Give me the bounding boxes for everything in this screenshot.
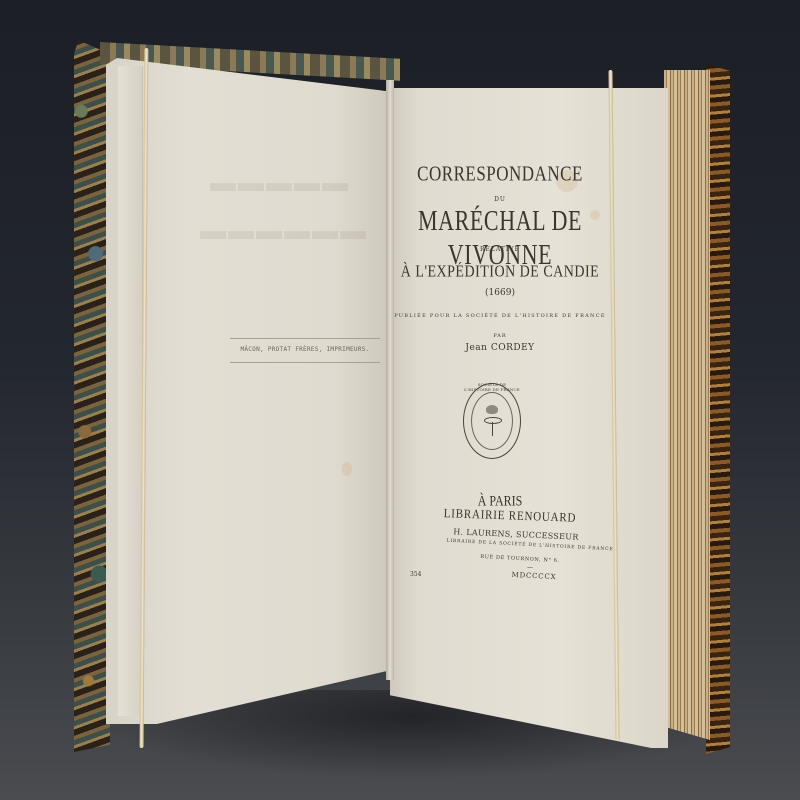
- page-edges-block: [664, 70, 710, 740]
- society-seal-emblem: SOCIÉTÉ DE L'HISTOIRE DE FRANCE: [463, 383, 521, 459]
- title-connector-relative: RELATIVE: [400, 246, 600, 253]
- book-gutter: [386, 80, 394, 680]
- title-line-2: MARÉCHAL DE VIVONNE: [396, 204, 604, 272]
- show-through-text: ▬▬▬▬▬▬: [200, 216, 368, 246]
- left-page: [106, 58, 388, 724]
- photo-scene: ▬▬▬▬▬ ▬▬▬▬▬▬ MÂCON, PROTAT FRÈRES, IMPRI…: [0, 0, 800, 800]
- title-connector-du: DU: [400, 196, 600, 203]
- lamp-flame-icon: [486, 405, 498, 414]
- foxing-spot: [342, 462, 352, 476]
- published-for-line: PUBLIÉE POUR LA SOCIÉTÉ DE L'HISTOIRE DE…: [392, 313, 608, 319]
- printer-imprint: MÂCON, PROTAT FRÈRES, IMPRIMEURS.: [230, 346, 380, 353]
- seal-text: SOCIÉTÉ DE L'HISTOIRE DE FRANCE: [464, 382, 520, 392]
- title-page: [390, 88, 668, 748]
- imprint-rule-top: [230, 338, 380, 339]
- series-number: 354: [410, 571, 421, 578]
- title-year: (1669): [400, 288, 600, 298]
- marbled-cover-left: [74, 40, 110, 752]
- imprint-rule-bottom: [230, 362, 380, 363]
- title-line-3: À L'EXPÉDITION DE CANDIE: [400, 263, 600, 282]
- seal-inner-ring: [471, 392, 513, 450]
- show-through-text: ▬▬▬▬▬: [210, 168, 350, 198]
- author-name: Jean CORDEY: [400, 343, 600, 353]
- by-label: PAR: [400, 333, 600, 339]
- lamp-stem-icon: [492, 422, 493, 436]
- title-line-1: CORRESPONDANCE: [400, 162, 600, 187]
- left-page-flyleaf: [118, 66, 143, 716]
- lamp-bowl-icon: [484, 417, 502, 424]
